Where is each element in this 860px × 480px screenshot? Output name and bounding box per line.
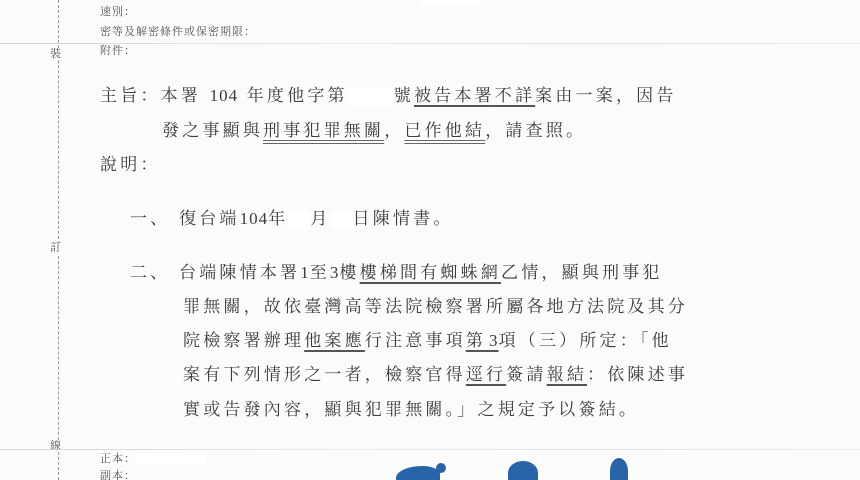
explanation-item-2-line-1: 二、 台端陳情本署1至3樓樓梯間有蜘蛛網乙情，顯與刑事犯 xyxy=(130,262,663,284)
underline-closed-other: 已作他結 xyxy=(404,121,485,141)
explanation-item-1: 一、 復台端104年月日陳情書。 xyxy=(130,208,454,230)
binding-line xyxy=(58,0,60,480)
explanation-item-2-line-4: 案有下列情形之一者，檢察官得逕行簽請報結：依陳述事 xyxy=(183,364,688,386)
binding-mark-ding: 訂 xyxy=(50,242,61,254)
redacted-day xyxy=(331,211,353,229)
subject-line-1: 主旨：本署 104 年度他字第號被告本署不詳案由一案，因告 xyxy=(100,85,677,107)
explanation-label: 說明： xyxy=(100,154,161,176)
redacted-header-fragment xyxy=(420,0,480,6)
underline-spiderweb: 樓梯間有蜘蛛網 xyxy=(360,263,501,283)
underline-directly: 逕行 xyxy=(466,365,506,385)
subject-label: 主旨： xyxy=(100,86,161,106)
underline-item-3: 第 3 xyxy=(466,331,499,350)
blue-stamp-fragment-1 xyxy=(396,466,440,480)
underline-defendant: 被告本署 xyxy=(414,86,495,106)
explanation-item-2-line-2: 罪無關，故依臺灣高等法院檢察署所屬各地方法院及其分 xyxy=(183,296,688,318)
fold-line-bottom xyxy=(0,449,860,450)
underline-other-case: 他案應 xyxy=(304,331,365,351)
underline-report-close: 報結 xyxy=(547,365,587,385)
distribution-copy: 副本： xyxy=(100,469,136,480)
blue-stamp-fragment-2 xyxy=(436,463,446,473)
redacted-case-number xyxy=(348,87,394,107)
underline-unrelated-to-crime: 刑事犯罪無關 xyxy=(263,121,384,141)
binding-mark-xian: 線 xyxy=(50,440,61,452)
redacted-month xyxy=(288,211,310,229)
field-speed: 速別： xyxy=(100,5,136,18)
item-marker: 一、 xyxy=(130,209,170,229)
redacted-recipient xyxy=(136,453,206,465)
scanned-letter-page: 裝 訂 線 速別： 密等及解密條件或保密期限： 附件： 主旨：本署 104 年度… xyxy=(0,0,860,480)
subject-line-2: 發之事顯與刑事犯罪無關，已作他結，請查照。 xyxy=(162,120,586,142)
blue-stamp-fragment-3 xyxy=(508,461,538,480)
field-confidentiality: 密等及解密條件或保密期限： xyxy=(100,25,256,38)
underline-unknown: 不詳 xyxy=(495,86,535,106)
item-marker: 二、 xyxy=(130,263,170,283)
distribution-original: 正本： xyxy=(100,452,206,465)
explanation-item-2-line-3: 院檢察署辦理他案應行注意事項第 3項（三）所定：「他 xyxy=(183,330,672,352)
field-attachment: 附件： xyxy=(100,44,136,57)
subject-year: 104 xyxy=(210,86,239,105)
blue-stamp-fragment-4 xyxy=(610,458,628,480)
explanation-item-2-line-5: 實或告發內容，顯與犯罪無關。」之規定予以簽結。 xyxy=(183,399,639,421)
binding-mark-zhuang: 裝 xyxy=(50,48,61,60)
